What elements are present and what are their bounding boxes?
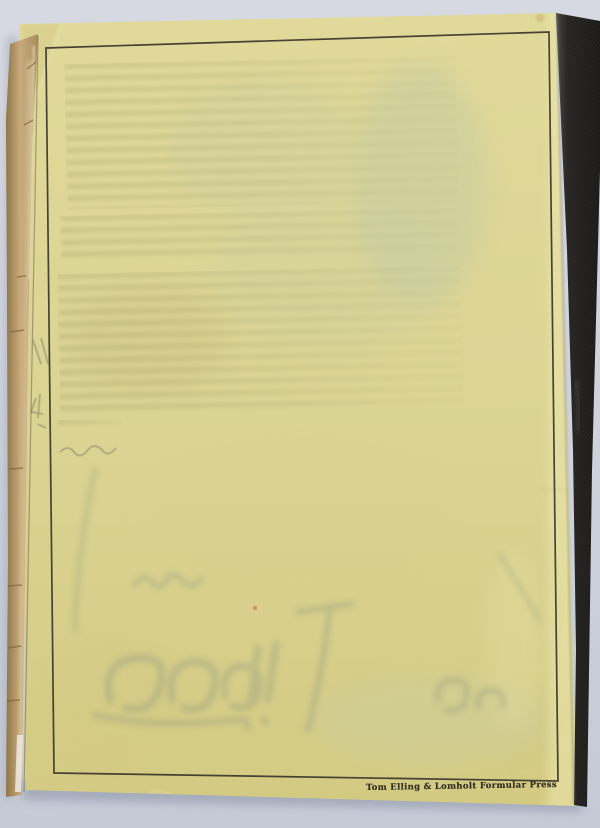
- ghost-text-block-3: [57, 266, 464, 416]
- red-speck: [253, 606, 257, 610]
- ghost-text-block-2: [60, 208, 457, 264]
- photographed-book-back-cover: Tom Elling & Lomholt Formular Press: [0, 0, 600, 828]
- ghost-text-block-1: [64, 56, 459, 210]
- ghost-text-block-4: [57, 419, 123, 430]
